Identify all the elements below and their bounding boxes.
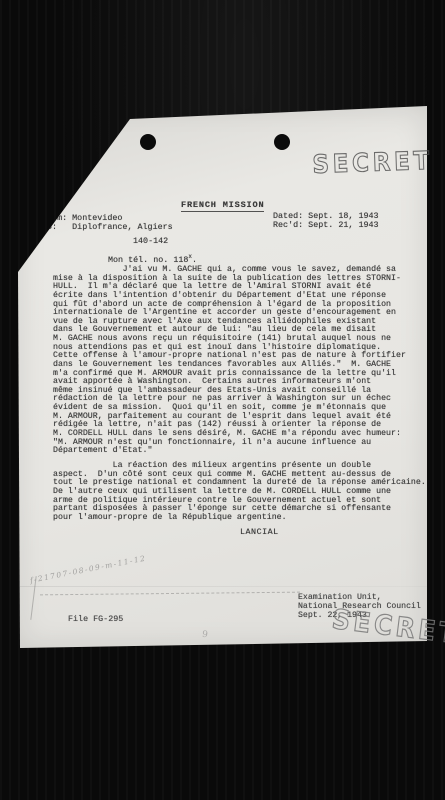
pencil-dashed-line xyxy=(40,592,300,596)
pencil-mark: 9 xyxy=(201,630,208,641)
file-number: File FG-295 xyxy=(68,614,123,624)
telegram-numbers: 140-142 xyxy=(133,236,168,246)
signature: LANCIAL xyxy=(240,527,279,537)
body-paragraph-2: La réaction des milieux argentins présen… xyxy=(53,462,426,522)
secret-stamp-bottom: SECRET xyxy=(330,604,445,650)
from-to-block: From: Montevideo To: Diplofrance, Algier… xyxy=(42,214,173,233)
telegram-reference-line: Mon tél. no. 118x. xyxy=(108,253,197,265)
document-title: FRENCH MISSION xyxy=(181,200,264,212)
body-paragraph-1: J'ai vu M. GACHE qui a, comme vous le sa… xyxy=(53,266,406,456)
punch-hole-left xyxy=(140,134,156,150)
scanned-document-background: FRENCH MISSION From: Montevideo To: Dipl… xyxy=(0,0,445,800)
telegram-reference-text: Mon tél. no. 118 xyxy=(108,255,188,265)
punch-hole-right xyxy=(274,134,290,150)
date-block: Dated: Sept. 18, 1943 Rec'd: Sept. 21, 1… xyxy=(273,212,379,231)
handwritten-annotation: f-21707-08-09-m-11-12 xyxy=(29,546,188,585)
secret-stamp-top: SECRET xyxy=(312,146,433,179)
telegram-reference-period: . xyxy=(192,255,197,265)
fold-crease xyxy=(18,586,427,587)
document-page: FRENCH MISSION From: Montevideo To: Dipl… xyxy=(18,106,427,648)
